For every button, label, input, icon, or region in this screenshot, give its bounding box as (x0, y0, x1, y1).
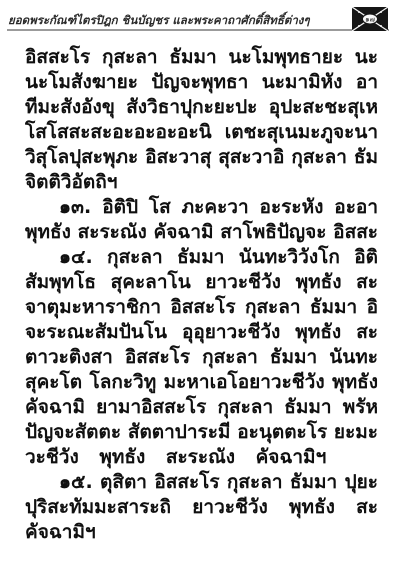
text-line: ปุริสะทัมมะสาระถิ ยาวะชีวัง พุทธัง สะระณ… (25, 495, 378, 520)
text-line: โสโสสะสะอะอะอะอะนิ เตชะสุเนมะภูจะนาวิเว … (25, 120, 378, 145)
text-line-section-13: ๑๓. อิติปิ โส ภะคะวา อะระหัง อะอายาวะชีว… (25, 195, 378, 220)
text-line: คัจฉามิฯ (25, 520, 378, 545)
text-line: อิสสะโร กุสะลา ธัมมา นะโมพุทธายะ นะโมธัม… (25, 45, 378, 70)
text-line: จาตุมะหาราชิกา อิสสะโร กุสะลา ธัมมา อิติ… (25, 295, 378, 320)
prayer-text-block: อิสสะโร กุสะลา ธัมมา นะโมพุทธายะ นะโมธัม… (25, 45, 378, 545)
text-line-section-14: ๑๔. กุสะลา ธัมมา นันทะวิวังโก อิติสัมมา- (25, 245, 378, 270)
text-line: จิตติวิอัตถิฯ (25, 170, 378, 195)
text-line: พุทธัง สะระณัง คัจฉามิ สาโพธิปัญจะ อิสสะ… (25, 220, 378, 245)
running-header-title: ยอดพระกัณฑ์ไตรปิฎก ชินบัญชร และพระคาถาศั… (8, 12, 310, 30)
text-line: วิสุโลปุสะพุภะ อิสะวาสุ สุสะวาอิ กุสะลา … (25, 145, 378, 170)
text-line: คัจฉามิ ยามาอิสสะโร กุสะลา ธัมมา พรัหมาส… (25, 395, 378, 420)
book-page: ยอดพระกัณฑ์ไตรปิฎก ชินบัญชร และพระคาถาศั… (0, 0, 400, 578)
text-line: ปัญจะสัตตะ สัตตาปาระมี อะนุตตะโร ยะมะกะข… (25, 420, 378, 445)
page-number: ๑๗ (365, 16, 375, 24)
text-line: ทีมะสังอังขุ สังวิธาปุกะยะปะ อุปะสะชะสุเ… (25, 95, 378, 120)
text-line-section-15: ๑๕. ตุสิตา อิสสะโร กุสะลา ธัมมา ปุยะปะกะ (25, 470, 378, 495)
text-line: สุคะโต โลกะวิทู มะหาเอโอยาวะชีวัง พุทธัง… (25, 370, 378, 395)
page-number-ornament-icon: ๑๗ (352, 7, 388, 31)
text-line: วะชีวัง พุทธัง สะระณัง คัจฉามิฯ (25, 445, 378, 470)
text-line: นะโมสังฆายะ ปัญจะพุทธา นะมามิหัง อาปามะจ… (25, 70, 378, 95)
text-line: จะระณะสัมปันโน อุอุยาวะชีวัง พุทธัง สะระ… (25, 320, 378, 345)
header-rule-divider (7, 29, 389, 31)
text-line: ตาวะติงสา อิสสะโร กุสะลา ธัมมา นันทะปัญจ… (25, 345, 378, 370)
text-line: สัมพุทโธ สุคะลาโน ยาวะชีวัง พุทธัง สะระณ… (25, 270, 378, 295)
